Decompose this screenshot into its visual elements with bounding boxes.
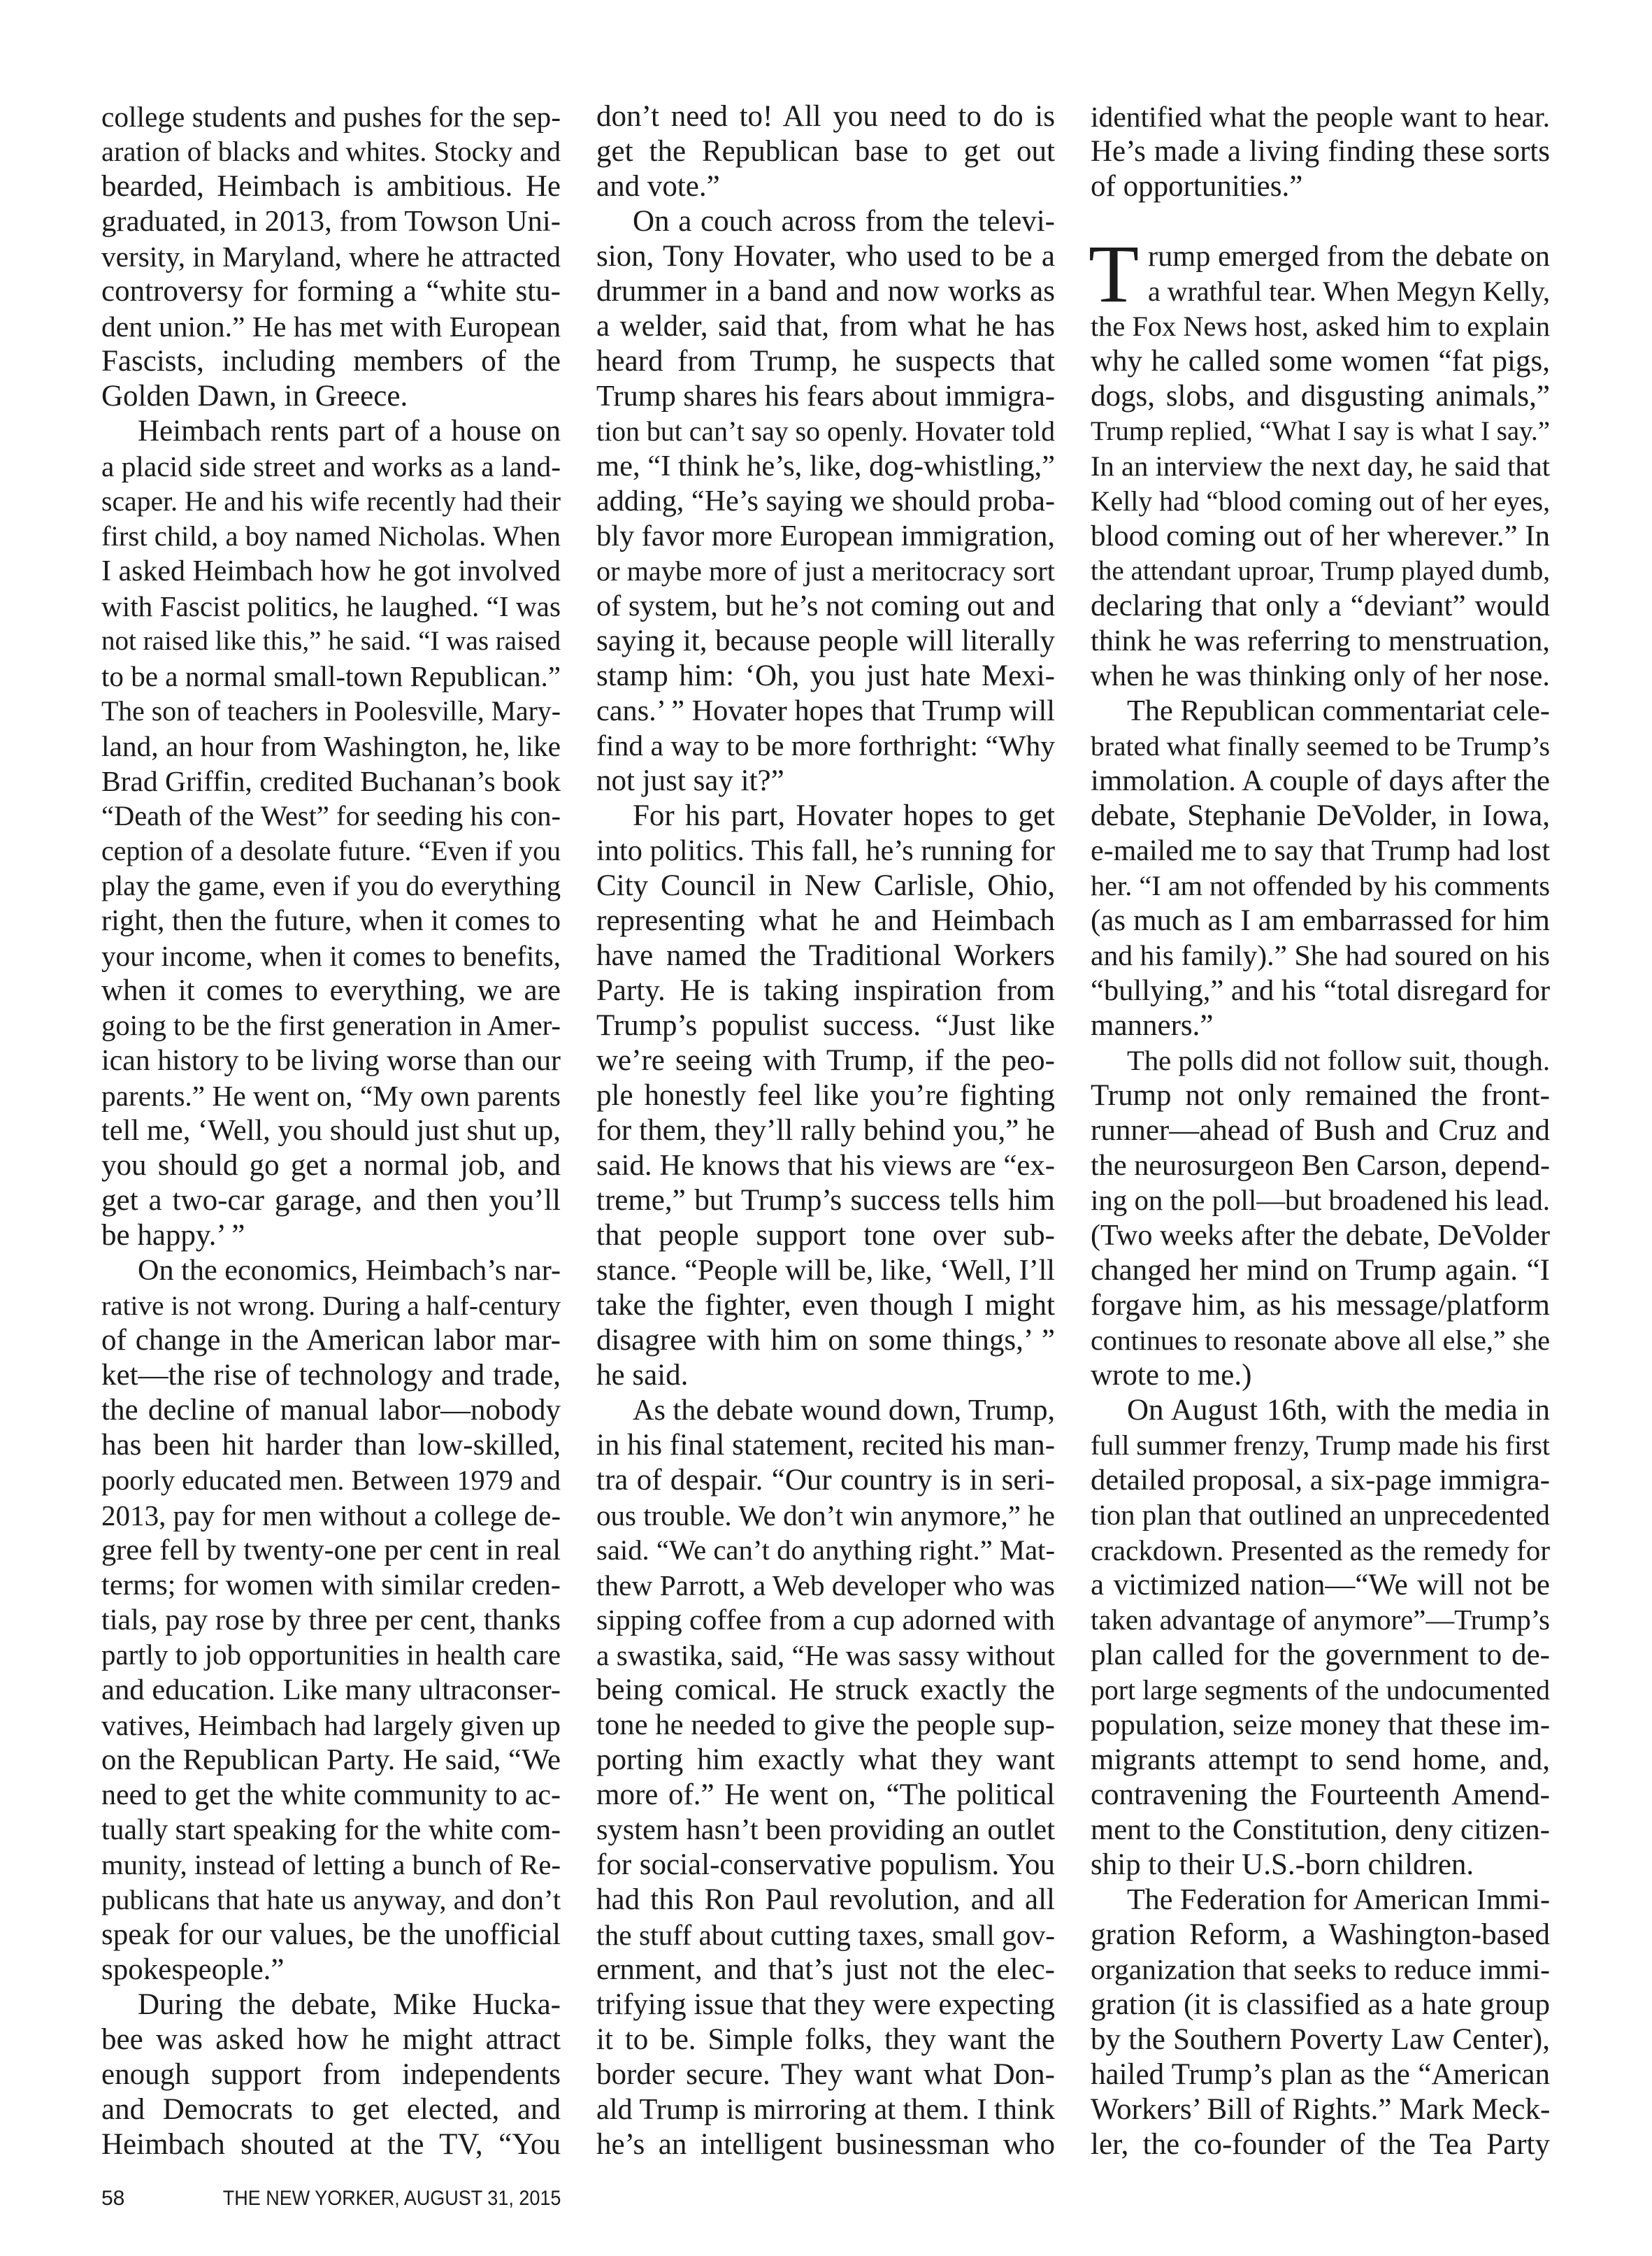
text-line: had this Ron Paul revolution, and all: [596, 1883, 1055, 1918]
text-line: ous trouble. We don’t win anymore,” he: [596, 1498, 1055, 1533]
text-line: As the debate wound down, Trump,: [596, 1393, 1055, 1428]
text-line: On August 16th, with the media in: [1091, 1393, 1550, 1428]
text-line: Party. He is taking inspiration from: [596, 973, 1055, 1008]
text-line: of change in the American labor mar-: [101, 1323, 561, 1358]
text-line: into politics. This fall, he’s running f…: [596, 834, 1055, 869]
text-line: to be a normal small-town Republican.”: [101, 659, 561, 694]
text-line: a placid side street and works as a land…: [101, 449, 561, 484]
page-footer: 58 THE NEW YORKER, AUGUST 31, 2015: [101, 2186, 561, 2211]
text-line: e-mailed me to say that Trump had lost: [1091, 834, 1550, 869]
text-line: stance. “People will be, like, ‘Well, I’…: [596, 1253, 1055, 1288]
text-line: aration of blacks and whites. Stocky and: [101, 134, 561, 169]
text-line: a wrathful tear. When Megyn Kelly,: [1091, 274, 1550, 309]
text-line: “Death of the West” for seeding his con-: [101, 799, 561, 834]
text-line: when he was thinking only of her nose.: [1091, 659, 1550, 694]
text-line: contravening the Fourteenth Amend-: [1091, 1778, 1550, 1813]
text-line: first child, a boy named Nicholas. When: [101, 519, 561, 554]
text-line: he said.: [596, 1358, 1055, 1393]
text-line: 2013, pay for men without a college de-: [101, 1498, 561, 1533]
text-line: porting him exactly what they want: [596, 1743, 1055, 1778]
text-line: Trump replied, “What I say is what I say…: [1091, 414, 1550, 449]
text-line: treme,” but Trump’s success tells him: [596, 1183, 1055, 1218]
text-line: I asked Heimbach how he got involved: [101, 554, 561, 589]
text-line: and his family).” She had soured on his: [1091, 938, 1550, 973]
text-line: (as much as I am embarrassed for him: [1091, 904, 1550, 938]
text-line: get a two-car garage, and then you’ll: [101, 1183, 561, 1218]
text-line: tion plan that outlined an unprecedented: [1091, 1498, 1550, 1533]
text-line: with Fascist politics, he laughed. “I wa…: [101, 589, 561, 624]
text-line: continues to resonate above all else,” s…: [1091, 1323, 1550, 1358]
text-line: The Federation for American Immi-: [1091, 1883, 1550, 1918]
text-line: “bullying,” and his “total disregard for: [1091, 973, 1550, 1008]
text-line: Fascists, including members of the: [101, 344, 561, 379]
text-line: find a way to be more forthright: “Why: [596, 729, 1055, 764]
text-line: land, an hour from Washington, he, like: [101, 729, 561, 764]
text-line: for social-conservative populism. You: [596, 1848, 1055, 1883]
text-line: he’s an intelligent businessman who: [596, 2127, 1055, 2162]
text-line: when it comes to everything, we are: [101, 973, 561, 1008]
text-line: disagree with him on some things,’ ”: [596, 1323, 1055, 1358]
text-line: port large segments of the undocumented: [1091, 1673, 1550, 1708]
text-line: need to get the white community to ac-: [101, 1778, 561, 1813]
text-line: ernment, and that’s just not the elec-: [596, 1952, 1055, 1987]
text-line: cans.’ ” Hovater hopes that Trump will: [596, 694, 1055, 729]
text-line: ple honestly feel like you’re fighting: [596, 1078, 1055, 1113]
text-line: ship to their U.S.-born children.: [1091, 1848, 1550, 1883]
text-line: hailed Trump’s plan as the “American: [1091, 2057, 1550, 2092]
text-line: rump emerged from the debate on: [1091, 239, 1550, 274]
text-line: adding, “He’s saying we should proba-: [596, 484, 1055, 519]
text-line: tra of despair. “Our country is in seri-: [596, 1463, 1055, 1498]
text-line: full summer frenzy, Trump made his first: [1091, 1428, 1550, 1463]
text-line: brated what finally seemed to be Trump’s: [1091, 729, 1550, 764]
publication-folio: THE NEW YORKER, AUGUST 31, 2015: [222, 2186, 561, 2211]
text-line: a welder, said that, from what he has: [596, 309, 1055, 344]
text-line: speak for our values, be the unofficial: [101, 1918, 561, 1952]
text-line: ket—the rise of technology and trade,: [101, 1358, 561, 1393]
text-line: tell me, ‘Well, you should just shut up,: [101, 1113, 561, 1148]
text-line: Heimbach shouted at the TV, “You: [101, 2127, 561, 2162]
text-line: bearded, Heimbach is ambitious. He: [101, 169, 561, 204]
text-line: terms; for women with similar creden-: [101, 1568, 561, 1603]
text-line: poorly educated men. Between 1979 and: [101, 1463, 561, 1498]
text-line: don’t need to! All you need to do is: [596, 99, 1055, 134]
text-line: On a couch across from the televi-: [596, 204, 1055, 239]
text-line: me, “I think he’s, like, dog-whistling,”: [596, 449, 1055, 484]
text-line: being comical. He struck exactly the: [596, 1673, 1055, 1708]
text-line: versity, in Maryland, where he attracted: [101, 239, 561, 274]
text-line: you should go get a normal job, and: [101, 1148, 561, 1183]
text-line: scaper. He and his wife recently had the…: [101, 484, 561, 519]
text-line: Workers’ Bill of Rights.” Mark Meck-: [1091, 2092, 1550, 2127]
text-line: vatives, Heimbach had largely given up: [101, 1708, 561, 1743]
text-line: get the Republican base to get out: [596, 134, 1055, 169]
text-line: For his part, Hovater hopes to get: [596, 799, 1055, 834]
text-line: migrants attempt to send home, and,: [1091, 1743, 1550, 1778]
text-line: In an interview the next day, he said th…: [1091, 449, 1550, 484]
text-line: spokespeople.”: [101, 1952, 561, 1987]
text-line: of system, but he’s not coming out and: [596, 589, 1055, 624]
text-line: going to be the first generation in Amer…: [101, 1008, 561, 1043]
text-line: be happy.’ ”: [101, 1218, 561, 1253]
section-break: [1091, 204, 1550, 239]
text-line: why he called some women “fat pigs,: [1091, 344, 1550, 379]
text-line: changed her mind on Trump again. “I: [1091, 1253, 1550, 1288]
text-line: and Democrats to get elected, and: [101, 2092, 561, 2127]
text-line: by the Southern Poverty Law Center),: [1091, 2022, 1550, 2057]
text-line: parents.” He went on, “My own parents: [101, 1078, 561, 1113]
text-line: forgave him, as his message/platform: [1091, 1288, 1550, 1323]
text-line: bee was asked how he might attract: [101, 2022, 561, 2057]
text-line: not just say it?”: [596, 764, 1055, 799]
text-line: sion, Tony Hovater, who used to be a: [596, 239, 1055, 274]
text-line: partly to job opportunities in health ca…: [101, 1638, 561, 1673]
page-number: 58: [101, 2186, 124, 2211]
text-line: publicans that hate us anyway, and don’t: [101, 1883, 561, 1918]
text-line: Trump shares his fears about immigra-: [596, 379, 1055, 414]
text-line: The polls did not follow suit, though.: [1091, 1043, 1550, 1078]
text-line: identified what the people want to hear.: [1091, 99, 1550, 134]
text-line: Brad Griffin, credited Buchanan’s book: [101, 764, 561, 799]
text-line: the neurosurgeon Ben Carson, depend-: [1091, 1148, 1550, 1183]
text-line: the stuff about cutting taxes, small gov…: [596, 1918, 1055, 1952]
text-line: said. He knows that his views are “ex-: [596, 1148, 1055, 1183]
text-line: ler, the co-founder of the Tea Party: [1091, 2127, 1550, 2162]
text-line: Heimbach rents part of a house on: [101, 414, 561, 449]
text-line: The son of teachers in Poolesville, Mary…: [101, 694, 561, 729]
text-line: graduated, in 2013, from Towson Uni-: [101, 204, 561, 239]
text-line: runner—ahead of Bush and Cruz and: [1091, 1113, 1550, 1148]
text-line: munity, instead of letting a bunch of Re…: [101, 1848, 561, 1883]
text-line: blood coming out of her wherever.” In: [1091, 519, 1550, 554]
text-line: tually start speaking for the white com-: [101, 1813, 561, 1848]
text-line: tion but can’t say so openly. Hovater to…: [596, 414, 1055, 449]
text-line: ception of a desolate future. “Even if y…: [101, 834, 561, 869]
text-line: crackdown. Presented as the remedy for: [1091, 1533, 1550, 1568]
text-line: The Republican commentariat cele-: [1091, 694, 1550, 729]
text-line: have named the Traditional Workers: [596, 938, 1055, 973]
text-line: in his final statement, recited his man-: [596, 1428, 1055, 1463]
text-line: saying it, because people will literally: [596, 624, 1055, 659]
text-line: stamp him: ‘Oh, you just hate Mexi-: [596, 659, 1055, 694]
text-line: said. “We can’t do anything right.” Mat-: [596, 1533, 1055, 1568]
text-line: ment to the Constitution, deny citizen-: [1091, 1813, 1550, 1848]
text-line: ald Trump is mirroring at them. I think: [596, 2092, 1055, 2127]
text-line: Golden Dawn, in Greece.: [101, 379, 561, 414]
magazine-page: college students and pushes for the sep-…: [0, 0, 1652, 2256]
text-line: representing what he and Heimbach: [596, 904, 1055, 938]
text-line: Trump’s populist success. “Just like: [596, 1008, 1055, 1043]
text-line: organization that seeks to reduce immi-: [1091, 1952, 1550, 1987]
text-line: tials, pay rose by three per cent, thank…: [101, 1603, 561, 1638]
text-line: thew Parrott, a Web developer who was: [596, 1568, 1055, 1603]
text-line: taken advantage of anymore”—Trump’s: [1091, 1603, 1550, 1638]
article-column-3: T identified what the people want to hea…: [1091, 99, 1550, 2162]
text-line: and education. Like many ultraconser-: [101, 1673, 561, 1708]
text-line: take the fighter, even though I might: [596, 1288, 1055, 1323]
text-line: sipping coffee from a cup adorned with: [596, 1603, 1055, 1638]
text-line: that people support tone over sub-: [596, 1218, 1055, 1253]
text-line: wrote to me.): [1091, 1358, 1550, 1393]
text-line: detailed proposal, a six-page immigra-: [1091, 1463, 1550, 1498]
text-line: her. “I am not offended by his comments: [1091, 869, 1550, 904]
article-column-2: don’t need to! All you need to do isget …: [596, 99, 1055, 2162]
text-line: play the game, even if you do everything: [101, 869, 561, 904]
text-line: During the debate, Mike Hucka-: [101, 1987, 561, 2022]
text-line: we’re seeing with Trump, if the peo-: [596, 1043, 1055, 1078]
text-line: dogs, slobs, and disgusting animals,”: [1091, 379, 1550, 414]
text-line: it to be. Simple folks, they want the: [596, 2022, 1055, 2057]
text-line: system hasn’t been providing an outlet: [596, 1813, 1055, 1848]
text-line: the Fox News host, asked him to explain: [1091, 309, 1550, 344]
text-line: declaring that only a “deviant” would: [1091, 589, 1550, 624]
drop-cap: T: [1089, 239, 1139, 309]
text-line: gree fell by twenty-one per cent in real: [101, 1533, 561, 1568]
text-line: plan called for the government to de-: [1091, 1638, 1550, 1673]
text-line: tone he needed to give the people sup-: [596, 1708, 1055, 1743]
text-line: Trump not only remained the front-: [1091, 1078, 1550, 1113]
text-line: controversy for forming a “white stu-: [101, 274, 561, 309]
text-line: a swastika, said, “He was sassy without: [596, 1638, 1055, 1673]
text-line: ican history to be living worse than our: [101, 1043, 561, 1078]
text-line: gration (it is classified as a hate grou…: [1091, 1987, 1550, 2022]
text-line: the decline of manual labor—nobody: [101, 1393, 561, 1428]
text-line: population, seize money that these im-: [1091, 1708, 1550, 1743]
text-line: college students and pushes for the sep-: [101, 99, 561, 134]
text-line: trifying issue that they were expecting: [596, 1987, 1055, 2022]
text-line: He’s made a living finding these sorts: [1091, 134, 1550, 169]
text-line: or maybe more of just a meritocracy sort: [596, 554, 1055, 589]
text-line: (Two weeks after the debate, DeVolder: [1091, 1218, 1550, 1253]
text-line: enough support from independents: [101, 2057, 561, 2092]
text-line: your income, when it comes to benefits,: [101, 938, 561, 973]
text-line: border secure. They want what Don-: [596, 2057, 1055, 2092]
text-line: for them, they’ll rally behind you,” he: [596, 1113, 1055, 1148]
text-line: and vote.”: [596, 169, 1055, 204]
text-line: heard from Trump, he suspects that: [596, 344, 1055, 379]
text-line: right, then the future, when it comes to: [101, 904, 561, 938]
text-line: of opportunities.”: [1091, 169, 1550, 204]
article-column-1: college students and pushes for the sep-…: [101, 99, 561, 2162]
text-line: Kelly had “blood coming out of her eyes,: [1091, 484, 1550, 519]
text-line: manners.”: [1091, 1008, 1550, 1043]
text-line: more of.” He went on, “The political: [596, 1778, 1055, 1813]
text-line: a victimized nation—“We will not be: [1091, 1568, 1550, 1603]
text-line: not raised like this,” he said. “I was r…: [101, 624, 561, 659]
text-line: drummer in a band and now works as: [596, 274, 1055, 309]
text-line: gration Reform, a Washington-based: [1091, 1918, 1550, 1952]
text-line: bly favor more European immigration,: [596, 519, 1055, 554]
text-line: think he was referring to menstruation,: [1091, 624, 1550, 659]
text-line: on the Republican Party. He said, “We: [101, 1743, 561, 1778]
text-line: City Council in New Carlisle, Ohio,: [596, 869, 1055, 904]
text-line: dent union.” He has met with European: [101, 309, 561, 344]
text-line: has been hit harder than low-skilled,: [101, 1428, 561, 1463]
text-line: rative is not wrong. During a half-centu…: [101, 1288, 561, 1323]
text-line: debate, Stephanie DeVolder, in Iowa,: [1091, 799, 1550, 834]
text-line: On the economics, Heimbach’s nar-: [101, 1253, 561, 1288]
text-line: ing on the poll—but broadened his lead.: [1091, 1183, 1550, 1218]
text-line: the attendant uproar, Trump played dumb,: [1091, 554, 1550, 589]
text-line: immolation. A couple of days after the: [1091, 764, 1550, 799]
